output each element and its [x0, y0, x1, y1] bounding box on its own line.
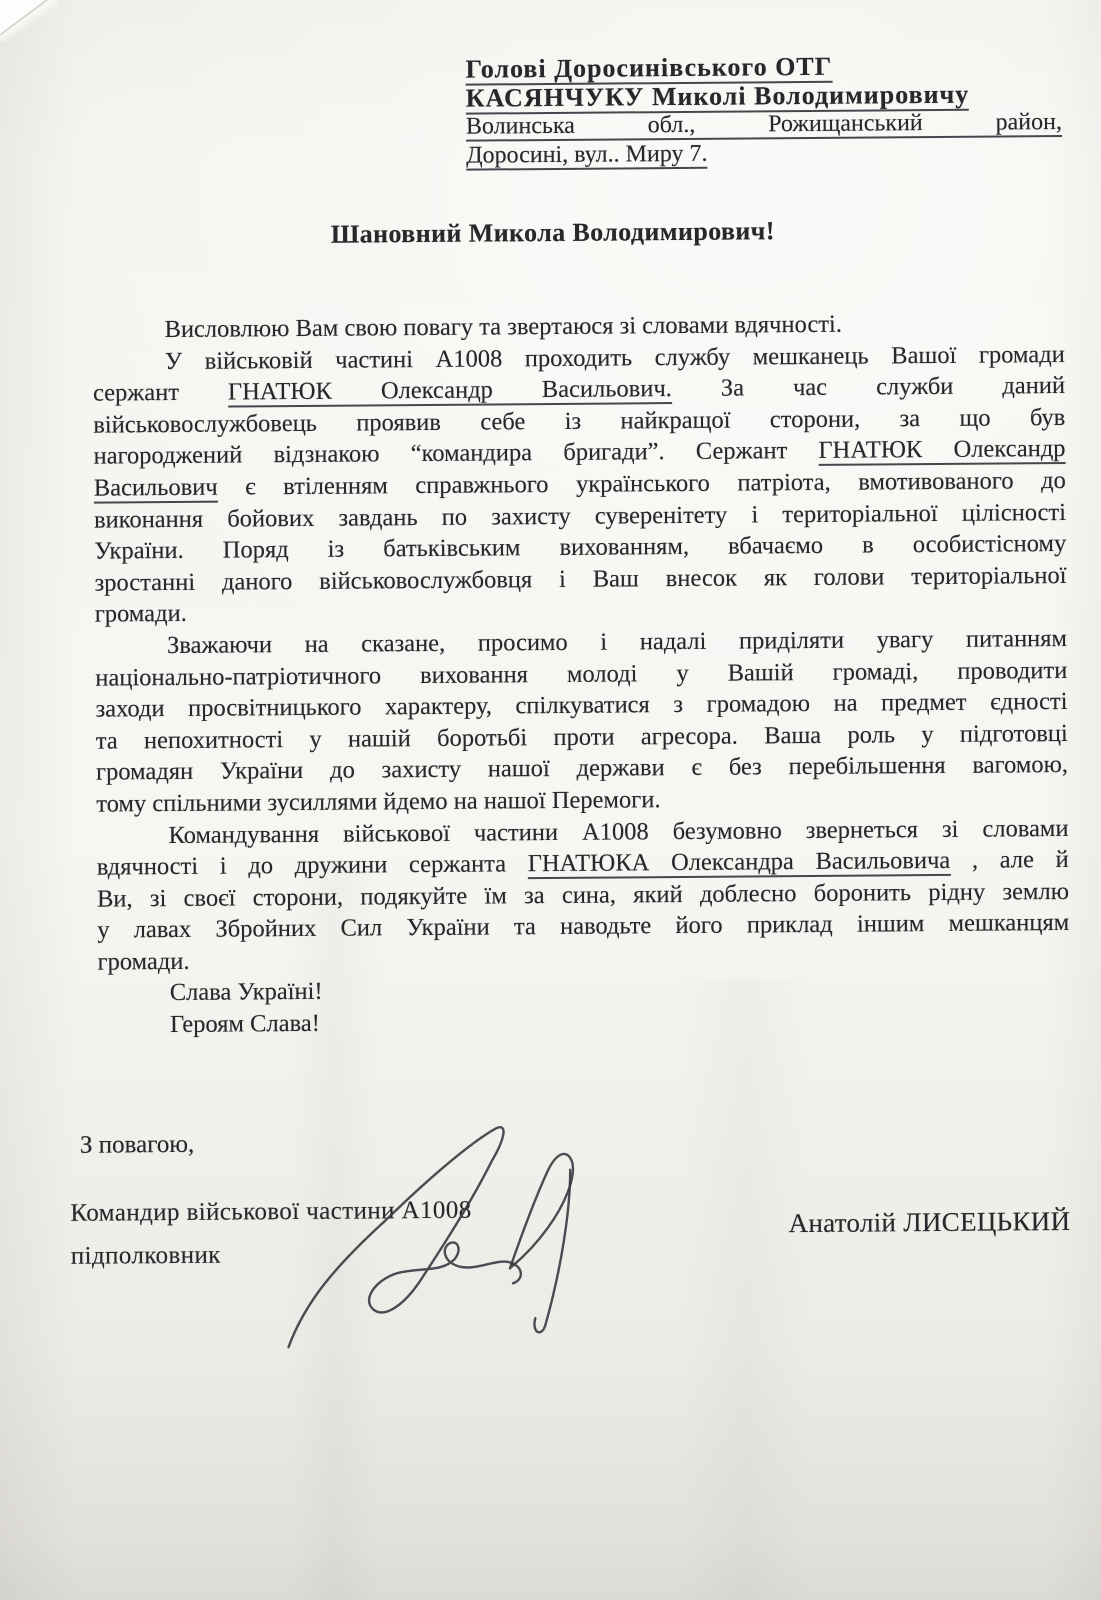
text-segment: України. Поряд із батьківським виховання… — [94, 530, 1066, 565]
text-segment: Слава Україні! — [170, 978, 323, 1006]
text-segment: та непохитності у нашій боротьбі проти а… — [96, 720, 1068, 755]
text-segment: військовослужбовець проявив себе із найк… — [93, 404, 1065, 439]
paragraph: Командування військової частини А1008 бе… — [96, 812, 1069, 978]
text-segment: у лавах Збройних Сил України та наводьте… — [97, 909, 1069, 944]
text-segment: сержант — [93, 379, 228, 407]
text-segment: виконання бойових завдань по захисту сув… — [94, 499, 1066, 534]
underlined-text: ГНАТЮК Олександр — [818, 435, 1065, 466]
text-segment: нагороджений відзнакою “командира бригад… — [93, 437, 818, 470]
paragraph: У військовій частині А1008 проходить слу… — [93, 339, 1067, 631]
letter: Голові Доросинівського ОТГКАСЯНЧУКУ Мико… — [0, 0, 1101, 1600]
text-segment: За час служби даний — [672, 372, 1065, 402]
text-segment: є втіленням справжнього українського пат… — [218, 467, 1066, 501]
text-segment: Зважаючи на сказане, просимо і надалі пр… — [167, 625, 1067, 659]
text-segment: , але й — [950, 846, 1069, 874]
paragraph: Зважаючи на сказане, просимо і надалі пр… — [95, 623, 1068, 820]
recipient-line: Волинська обл., Рожищанський район, — [466, 108, 1062, 142]
text-segment: У військовій частині А1008 проходить слу… — [165, 341, 1065, 375]
text-segment: зростанні даного військовослужбовця і Ва… — [94, 562, 1066, 597]
signature-scribble — [273, 1082, 595, 1355]
text-segment: Ви, зі своєї сторони, подякуйте їм за си… — [97, 878, 1069, 913]
letter-body: Висловлюю Вам свою повагу та звертаюся з… — [92, 307, 1070, 1041]
letter-photo: Голові Доросинівського ОТГКАСЯНЧУКУ Мико… — [0, 0, 1101, 1600]
signer-name: Анатолій ЛИСЕЦЬКИЙ — [788, 1206, 1070, 1239]
text-segment: громади. — [97, 948, 189, 976]
recipient-block: Голові Доросинівського ОТГКАСЯНЧУКУ Мико… — [465, 50, 1062, 171]
underlined-text: ГНАТЮК Олександр Васильович. — [228, 375, 672, 407]
text-segment: національно-патріотичного виховання моло… — [95, 656, 1067, 691]
underlined-text: ГНАТЮКА Олександра Васильовича — [528, 847, 951, 879]
text-segment: громади. — [95, 600, 187, 628]
closing-position-line2: підполковник — [71, 1242, 221, 1271]
text-segment: Командування військової частини А1008 бе… — [168, 814, 1068, 848]
salutation: Шановний Микола Володимирович! — [92, 214, 1064, 252]
recipient-line: Голові Доросинівського ОТГ — [465, 50, 1061, 84]
underlined-text: Волинська обл., Рожищанський район, — [466, 109, 1062, 142]
text-segment: громадян України до захисту нашої держав… — [96, 751, 1068, 786]
text-segment: заходи просвітницького характеру, спілку… — [95, 688, 1067, 723]
text-segment: Героям Слава! — [170, 1010, 320, 1038]
underlined-text: Васильович — [94, 474, 218, 504]
text-segment: Висловлюю Вам свою повагу та звертаюся з… — [164, 311, 842, 343]
body-line: Героям Слава! — [98, 1002, 1070, 1041]
text-segment: тому спільними зусиллями йдемо на нашої … — [96, 786, 660, 817]
text-segment: вдячності і до дружини сержанта — [97, 850, 528, 880]
underlined-text: Доросині, вул.. Миру 7. — [466, 141, 707, 171]
recipient-line: Доросині, вул.. Миру 7. — [466, 137, 1062, 171]
paragraph: Героям Слава! — [98, 1002, 1070, 1041]
closing-respectfully: З повагою, — [80, 1131, 195, 1160]
recipient-line: КАСЯНЧУКУ Миколі Володимировичу — [466, 79, 1062, 113]
